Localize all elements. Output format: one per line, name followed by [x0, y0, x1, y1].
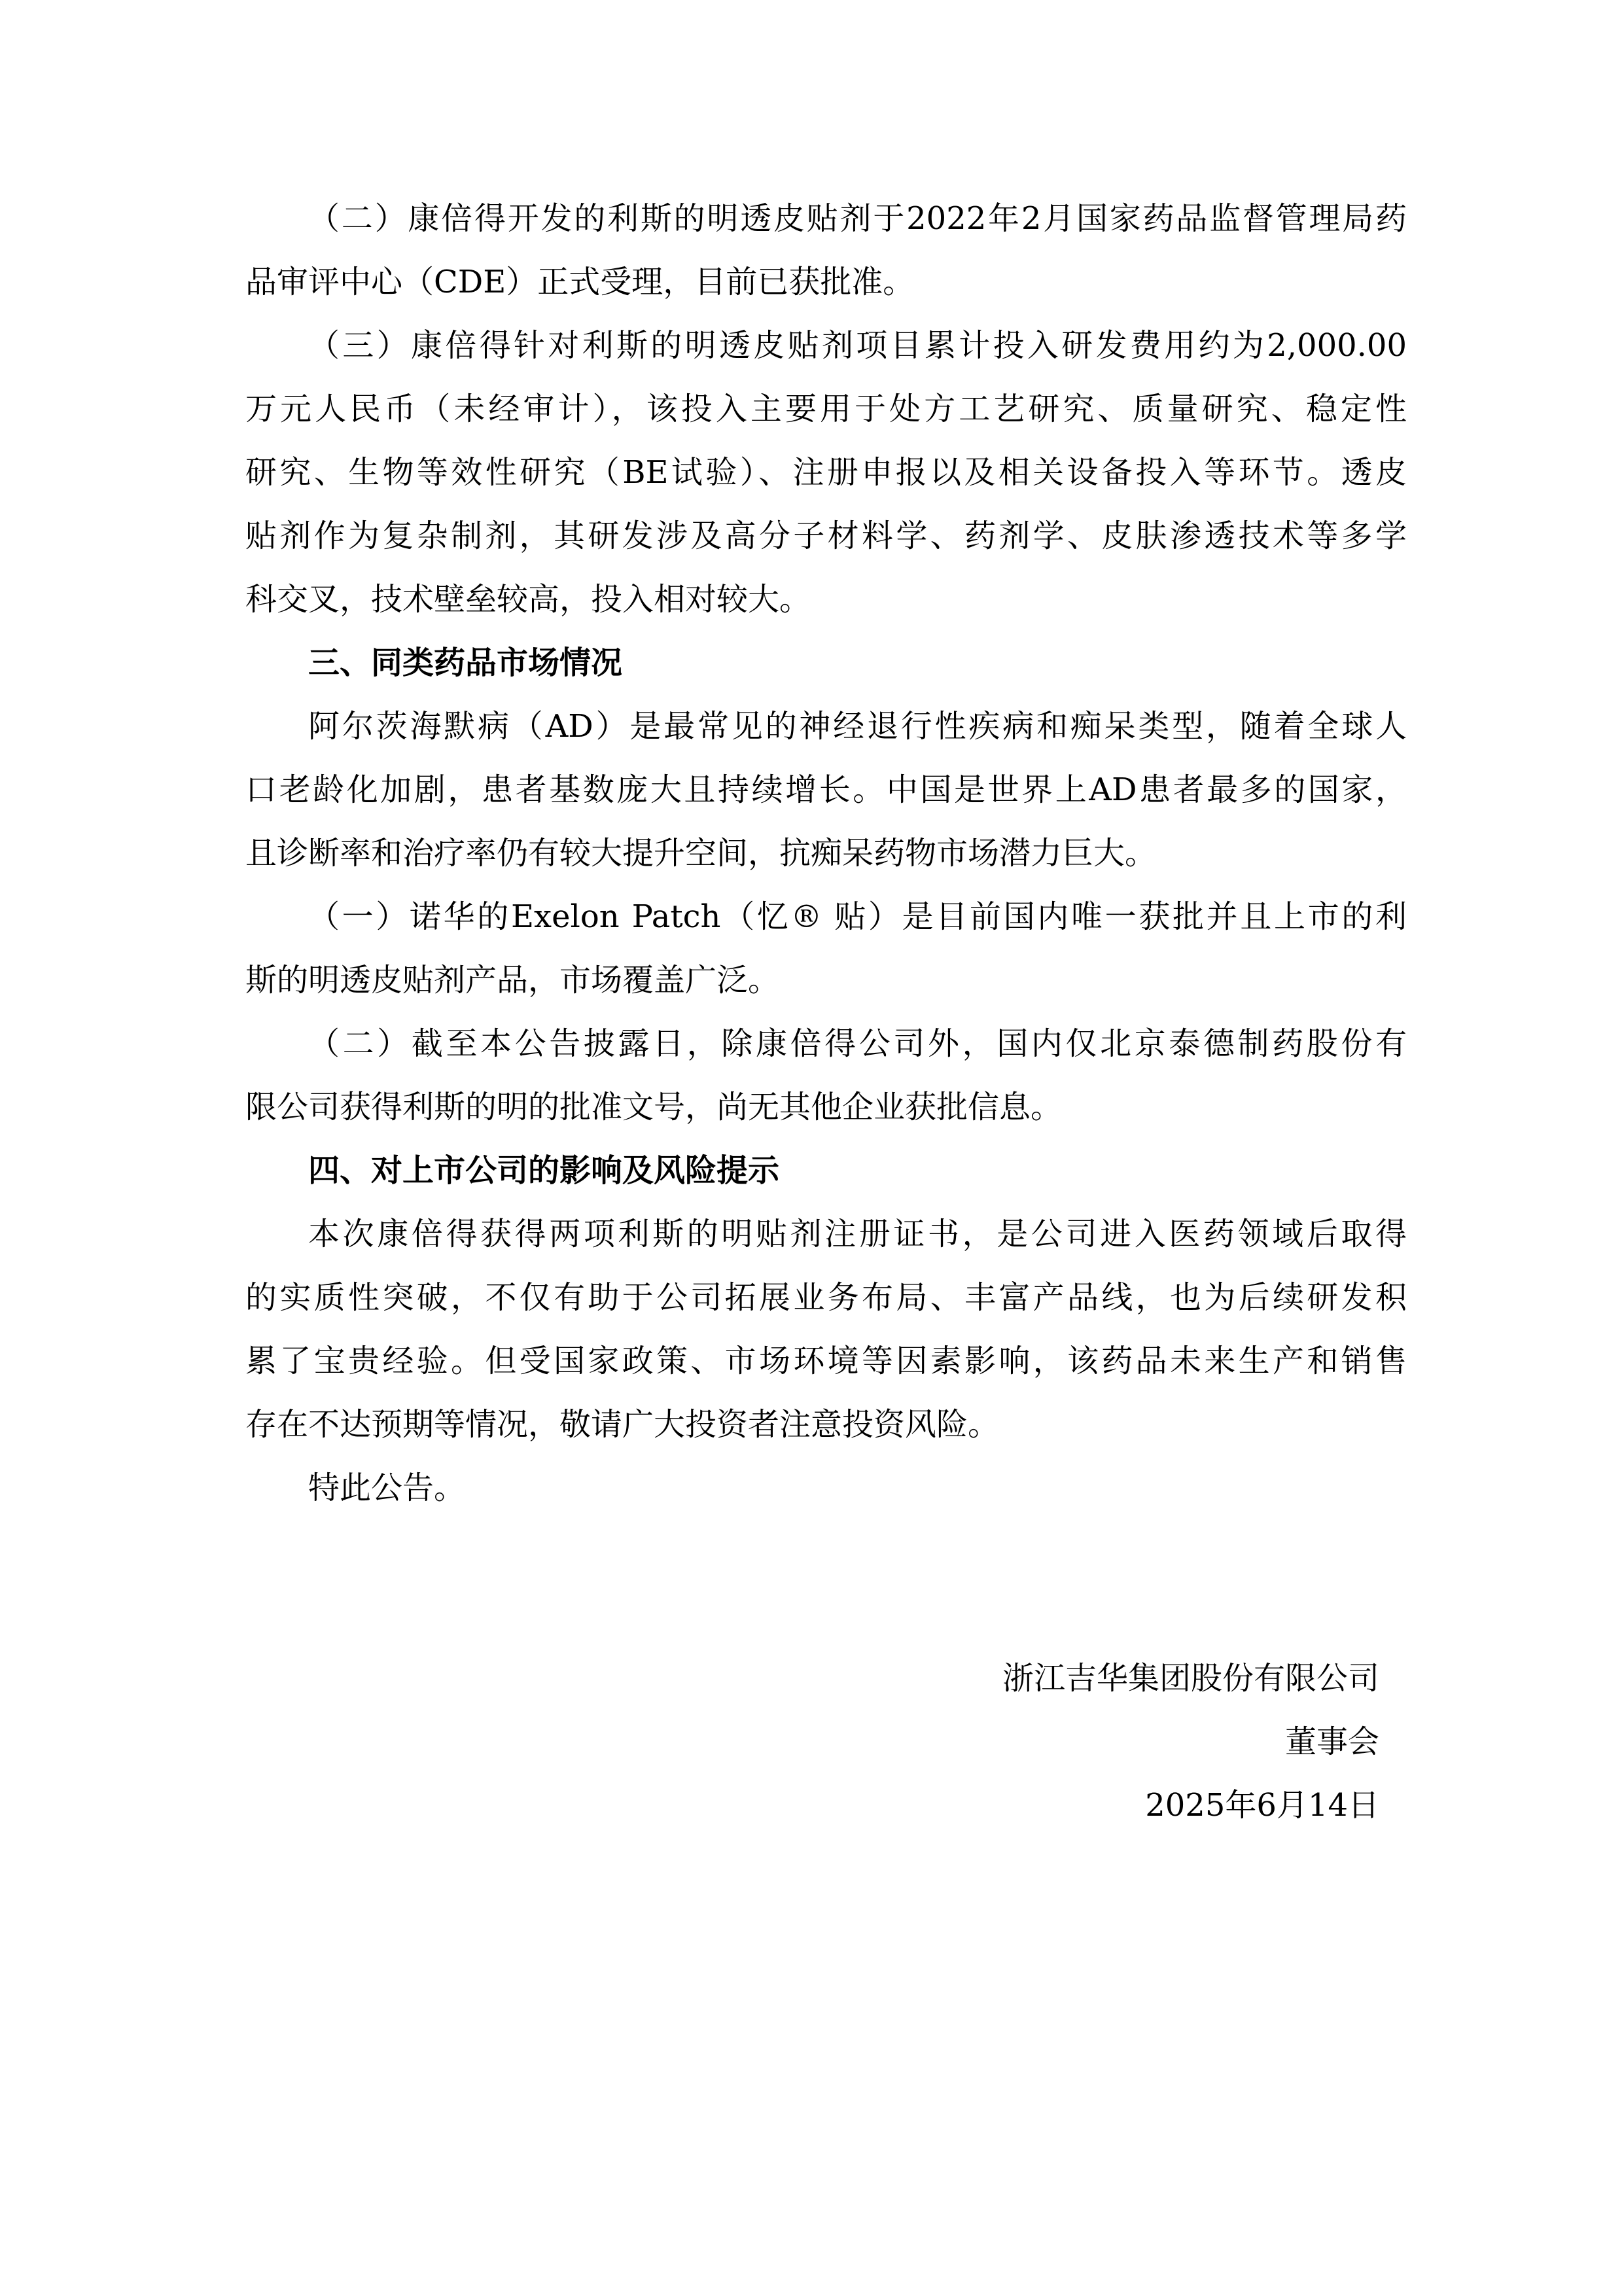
text-line: 特此公告。 — [245, 1457, 1407, 1520]
document-body: （二）康倍得开发的利斯的明透皮贴剂于2022年2月国家药品监督管理局药品审评中心… — [245, 187, 1407, 1837]
text-line: 且诊断率和治疗率仍有较大提升空间，抗痴呆药物市场潜力巨大。 — [245, 822, 1407, 885]
text-line: （二）康倍得开发的利斯的明透皮贴剂于2022年2月国家药品监督管理局药 — [245, 187, 1407, 251]
text-line: 研究、生物等效性研究（BE试验）、注册申报以及相关设备投入等环节。透皮 — [245, 441, 1407, 504]
signature-line: 浙江吉华集团股份有限公司 — [245, 1647, 1407, 1710]
signature-line: 2025年6月14日 — [245, 1774, 1407, 1837]
text-line: 口老龄化加剧，患者基数庞大且持续增长。中国是世界上AD患者最多的国家， — [245, 758, 1407, 822]
section-heading: 三、同类药品市场情况 — [245, 631, 1407, 695]
signature-line: 董事会 — [245, 1710, 1407, 1774]
text-line: 斯的明透皮贴剂产品，市场覆盖广泛。 — [245, 949, 1407, 1012]
text-line: 存在不达预期等情况，敬请广大投资者注意投资风险。 — [245, 1393, 1407, 1457]
text-line: 贴剂作为复杂制剂，其研发涉及高分子材料学、药剂学、皮肤渗透技术等多学 — [245, 504, 1407, 568]
text-line: 本次康倍得获得两项利斯的明贴剂注册证书，是公司进入医药领域后取得 — [245, 1203, 1407, 1266]
text-line: 的实质性突破，不仅有助于公司拓展业务布局、丰富产品线，也为后续研发积 — [245, 1266, 1407, 1330]
text-line: （一）诺华的Exelon Patch（忆® 贴）是目前国内唯一获批并且上市的利 — [245, 885, 1407, 949]
text-line: 累了宝贵经验。但受国家政策、市场环境等因素影响，该药品未来生产和销售 — [245, 1330, 1407, 1393]
text-line: 科交叉，技术壁垒较高，投入相对较大。 — [245, 568, 1407, 631]
text-line: 万元人民币（未经审计），该投入主要用于处方工艺研究、质量研究、稳定性 — [245, 378, 1407, 441]
text-line: 阿尔茨海默病（AD）是最常见的神经退行性疾病和痴呆类型，随着全球人 — [245, 695, 1407, 758]
text-line — [245, 1583, 1407, 1647]
text-line: （二）截至本公告披露日，除康倍得公司外，国内仅北京泰德制药股份有 — [245, 1012, 1407, 1076]
text-line — [245, 1520, 1407, 1583]
text-line: （三）康倍得针对利斯的明透皮贴剂项目累计投入研发费用约为2,000.00 — [245, 314, 1407, 378]
text-line: 品审评中心（CDE）正式受理，目前已获批准。 — [245, 251, 1407, 314]
text-line: 限公司获得利斯的明的批准文号，尚无其他企业获批信息。 — [245, 1076, 1407, 1139]
section-heading: 四、对上市公司的影响及风险提示 — [245, 1139, 1407, 1203]
document-page: （二）康倍得开发的利斯的明透皮贴剂于2022年2月国家药品监督管理局药品审评中心… — [0, 0, 1624, 2296]
